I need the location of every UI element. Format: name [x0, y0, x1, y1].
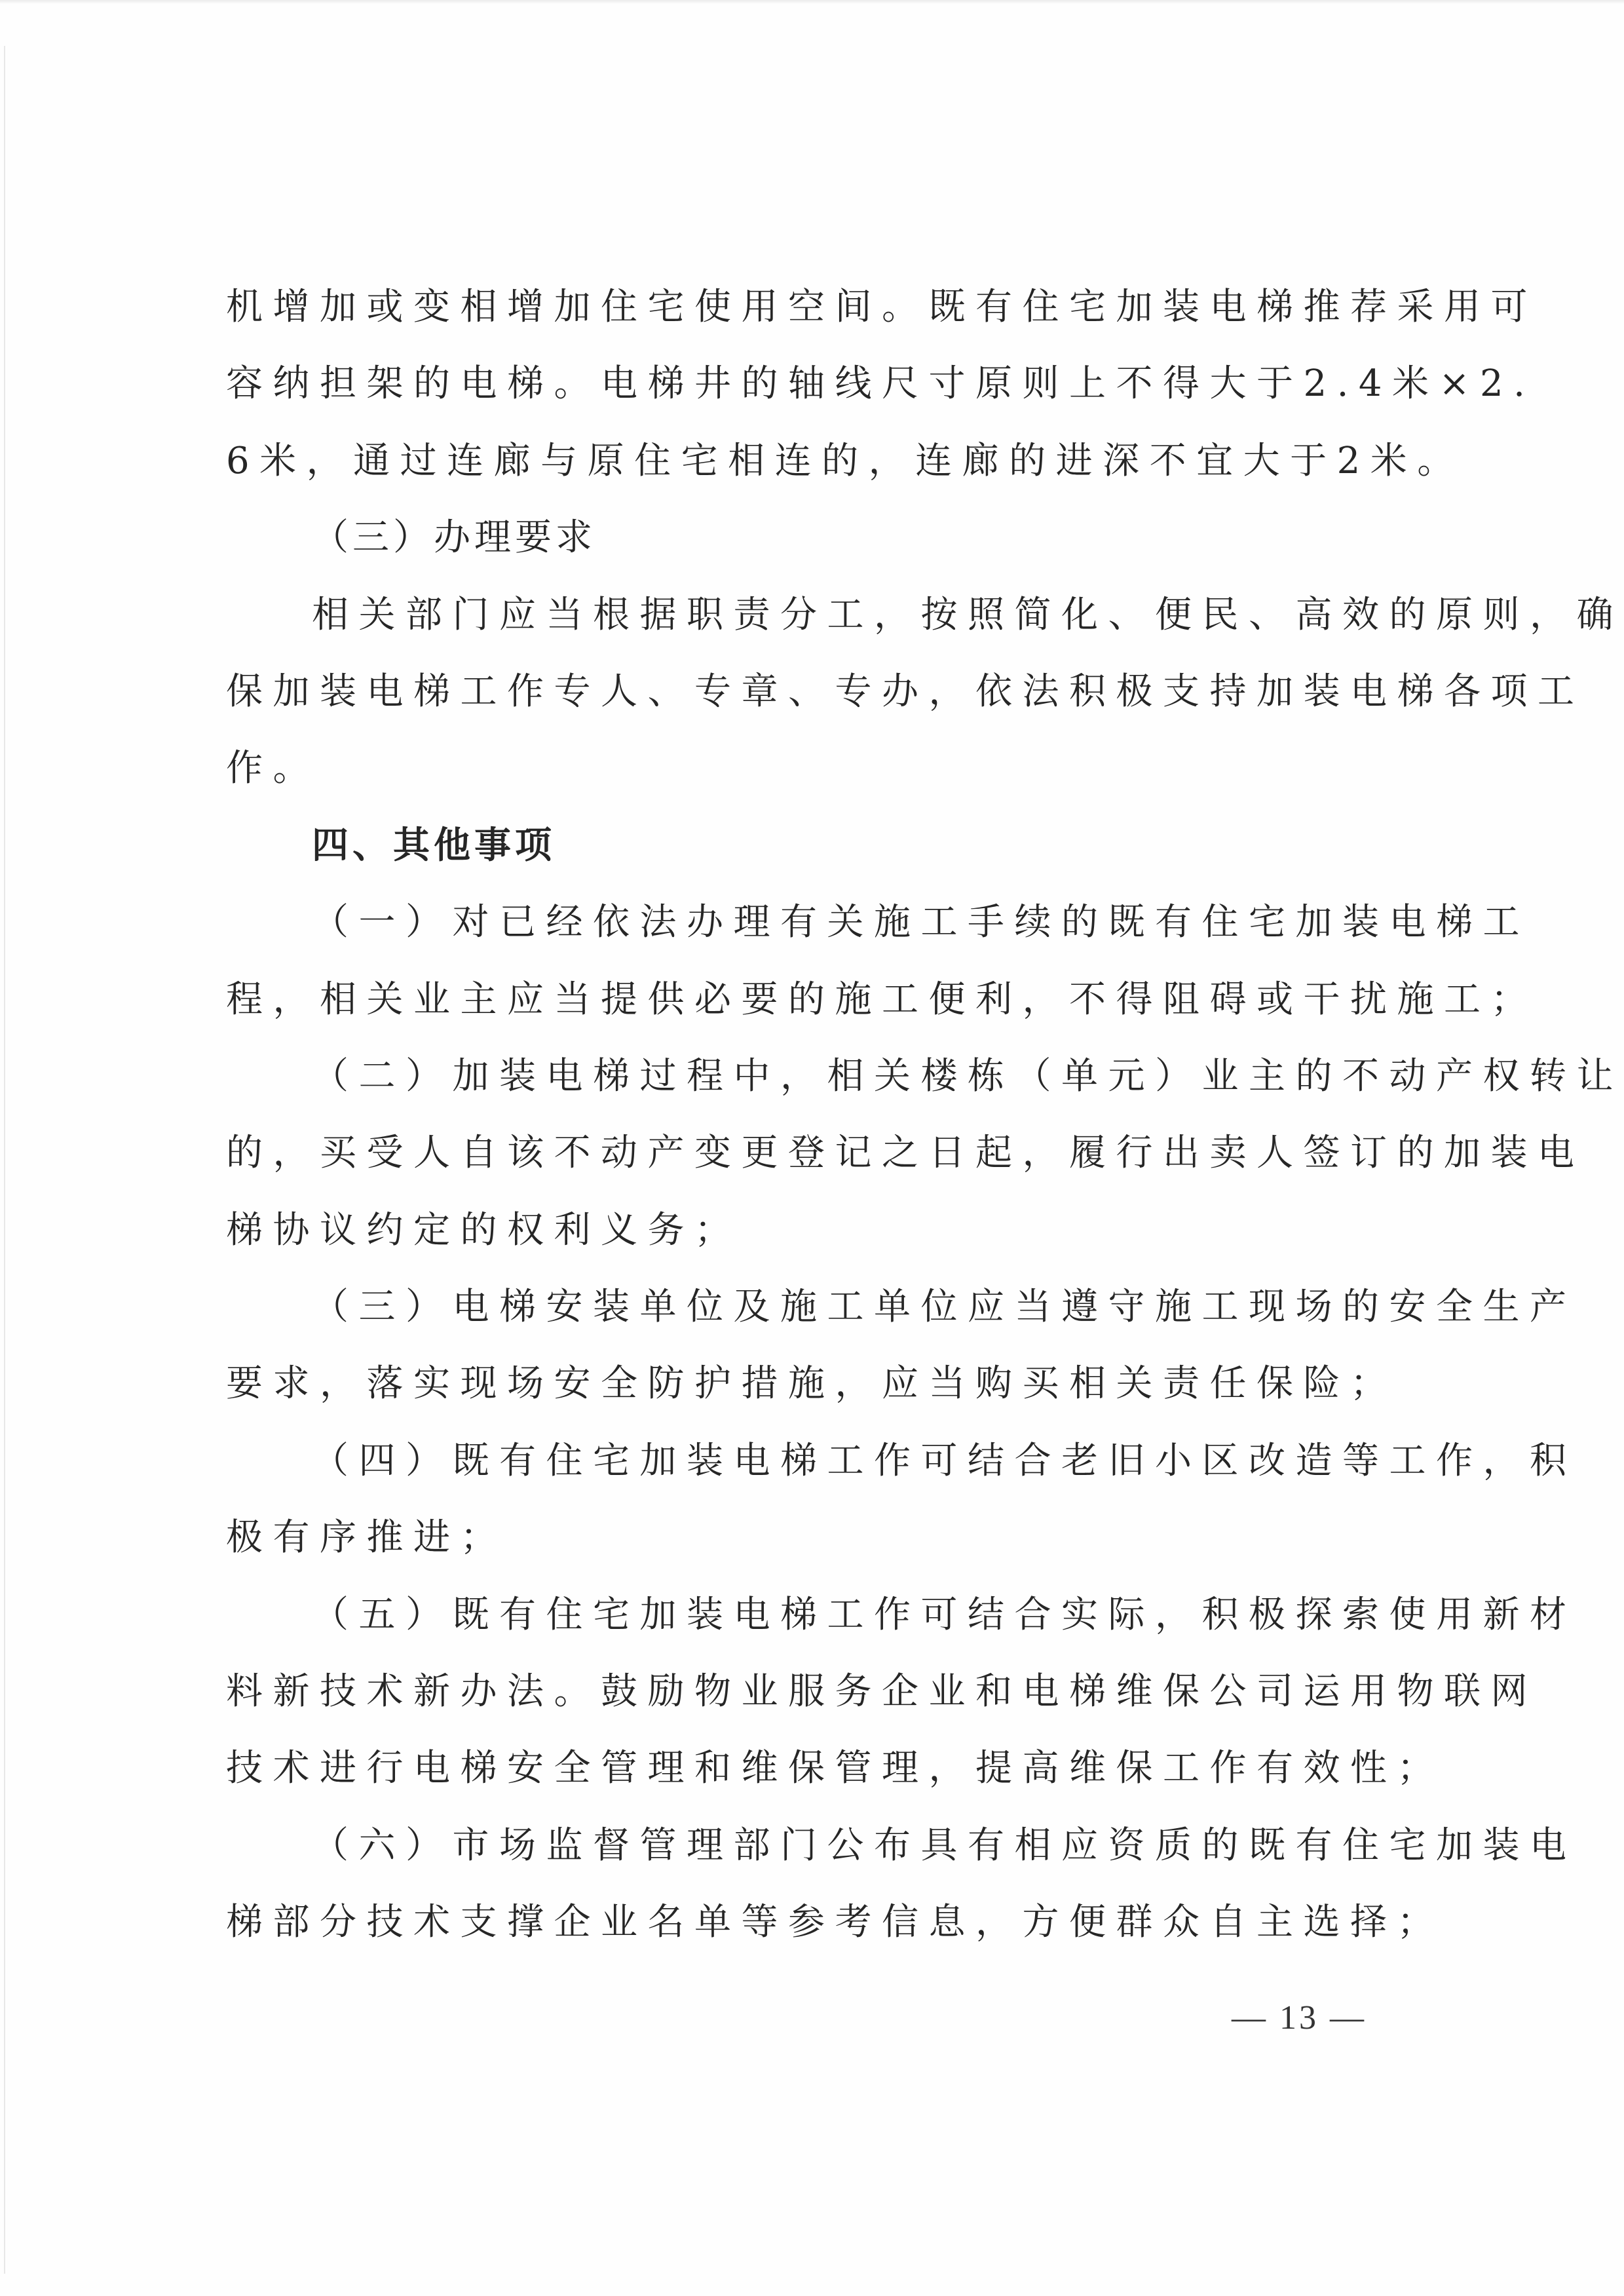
- list-item-line: （一）对已经依法办理有关施工手续的既有住宅加装电梯工: [226, 884, 1445, 961]
- paragraph-line: 保加装电梯工作专人、专章、专办，依法积极支持加装电梯各项工: [226, 653, 1445, 730]
- list-item-line: 程，相关业主应当提供必要的施工便利，不得阻碍或干扰施工；: [226, 961, 1445, 1038]
- body-text: 机增加或变相增加住宅使用空间。既有住宅加装电梯推荐采用可 容纳担架的电梯。电梯井…: [226, 269, 1445, 1961]
- paragraph-line: 机增加或变相增加住宅使用空间。既有住宅加装电梯推荐采用可: [226, 269, 1445, 345]
- list-item-line: （六）市场监督管理部门公布具有相应资质的既有住宅加装电: [226, 1807, 1445, 1884]
- list-item-line: 梯协议约定的权利义务；: [226, 1192, 1445, 1269]
- list-item-line: 要求，落实现场安全防护措施，应当购买相关责任保险；: [226, 1345, 1445, 1422]
- list-item-line: （二）加装电梯过程中，相关楼栋（单元）业主的不动产权转让: [226, 1038, 1445, 1115]
- paragraph-line: 作。: [226, 730, 1445, 807]
- list-item-line: 料新技术新办法。鼓励物业服务企业和电梯维保公司运用物联网: [226, 1653, 1445, 1730]
- page-number: — 13 —: [1232, 1999, 1367, 2038]
- list-item-line: 梯部分技术支撑企业名单等参考信息，方便群众自主选择；: [226, 1884, 1445, 1961]
- list-item-line: （四）既有住宅加装电梯工作可结合老旧小区改造等工作，积: [226, 1423, 1445, 1499]
- document-page: 机增加或变相增加住宅使用空间。既有住宅加装电梯推荐采用可 容纳担架的电梯。电梯井…: [0, 0, 1624, 2296]
- section-heading: 四、其他事项: [226, 807, 1445, 884]
- paragraph-line: 容纳担架的电梯。电梯井的轴线尺寸原则上不得大于2.4米×2.: [226, 345, 1445, 422]
- paragraph-line: 相关部门应当根据职责分工，按照简化、便民、高效的原则，确: [226, 577, 1445, 653]
- scan-edge-top: [0, 0, 1624, 4]
- list-item-line: 技术进行电梯安全管理和维保管理，提高维保工作有效性；: [226, 1730, 1445, 1807]
- scan-edge-left: [4, 46, 5, 2274]
- list-item-line: （三）电梯安装单位及施工单位应当遵守施工现场的安全生产: [226, 1269, 1445, 1345]
- section-subheading: （三）办理要求: [226, 499, 1445, 576]
- list-item-line: 极有序推进；: [226, 1499, 1445, 1576]
- list-item-line: （五）既有住宅加装电梯工作可结合实际，积极探索使用新材: [226, 1577, 1445, 1653]
- list-item-line: 的，买受人自该不动产变更登记之日起，履行出卖人签订的加装电: [226, 1115, 1445, 1191]
- paragraph-line: 6米，通过连廊与原住宅相连的，连廊的进深不宜大于2米。: [226, 423, 1445, 499]
